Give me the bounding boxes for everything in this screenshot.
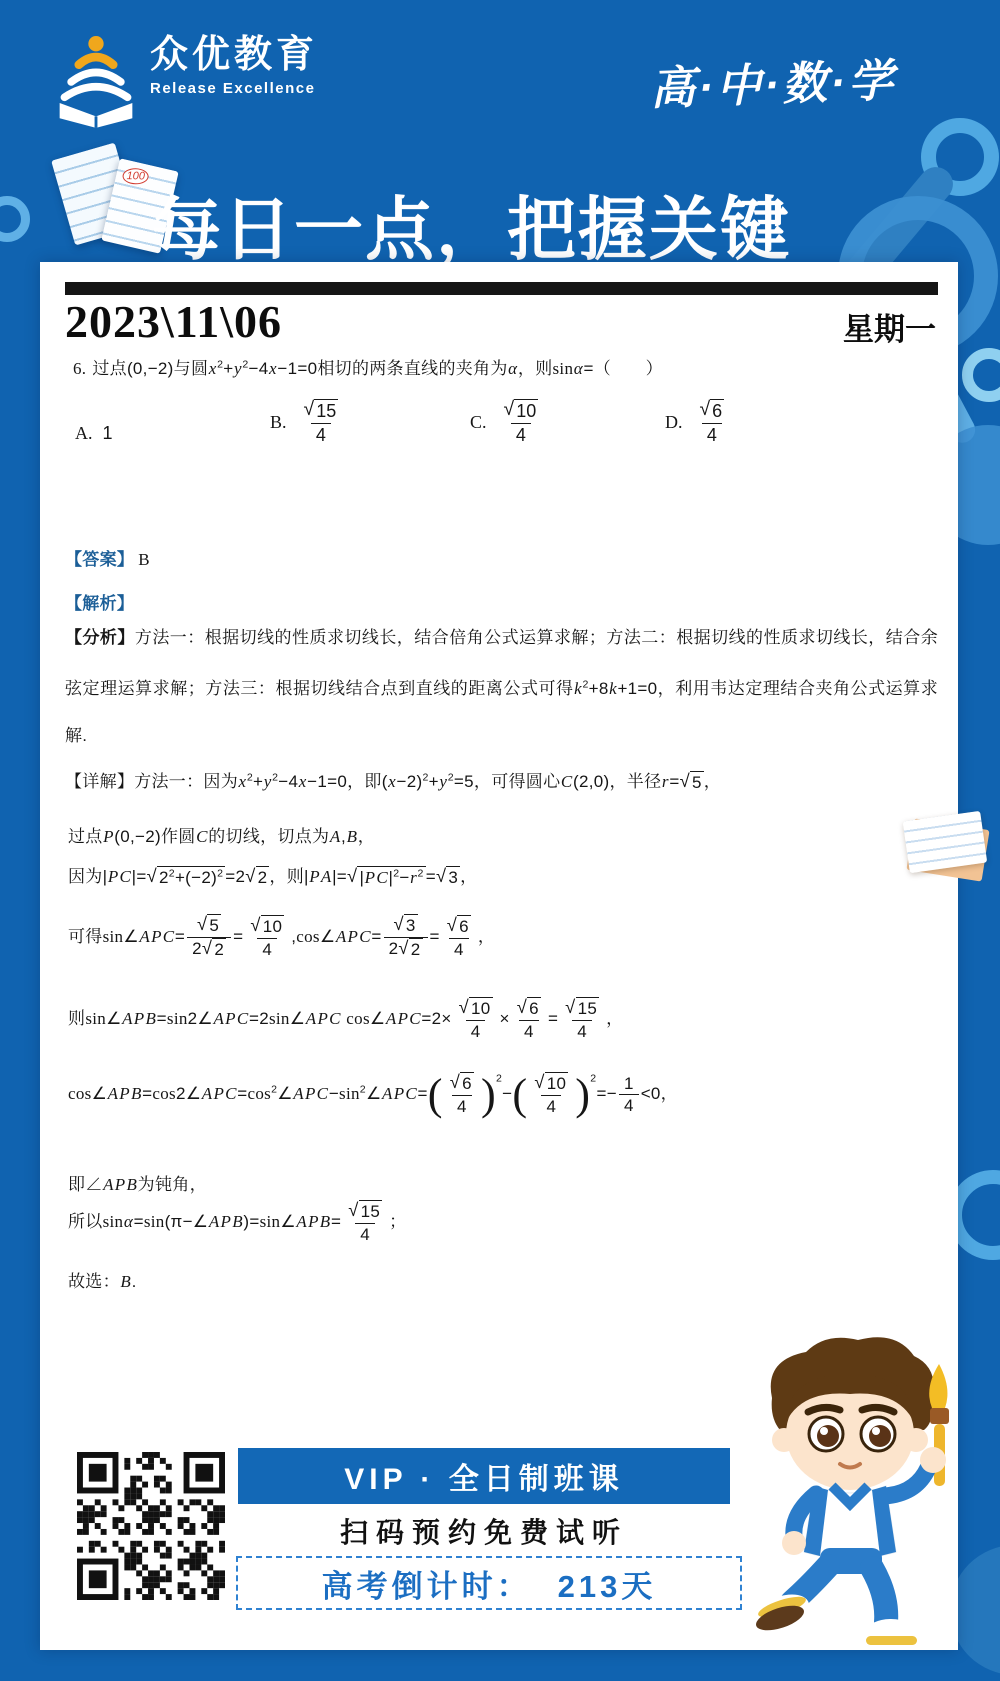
mascot-boy-illustration	[736, 1330, 968, 1655]
mascot	[736, 1330, 968, 1655]
countdown-box: 高考倒计时： 213天	[236, 1556, 742, 1610]
countdown-label: 高考倒计时：	[322, 1561, 532, 1606]
score-mark: 100	[122, 168, 149, 184]
brand-tagline: Release Excellence	[150, 80, 318, 97]
solution-line: 因为|PC|=√22+(−2)2=2√2，则|PA|=√|PC|2−r2=√3，	[68, 862, 477, 889]
solution-line: 则sin∠APB=sin2∠APC=2sin∠APC cos∠APC=2×√10…	[68, 997, 623, 1042]
circle-decoration	[0, 196, 30, 242]
brand-logo: 众优教育 Release Excellence	[52, 34, 318, 133]
option-a: A.1	[75, 402, 113, 464]
solution-line: cos∠APB=cos2∠APC=cos2∠APC−sin2∠APC=(√64)…	[68, 1072, 678, 1117]
paper-sheet-icon	[903, 811, 987, 873]
slogan: 每日一点，把握关键	[152, 174, 791, 273]
option-c: C.√104	[470, 386, 545, 458]
answer-label: 【答案】	[65, 550, 134, 569]
answer-line: 【答案】B	[65, 545, 150, 570]
problem-number: 6.	[73, 359, 86, 378]
qr-code	[77, 1452, 225, 1600]
option-b: B.√154	[270, 386, 345, 458]
solution-line: 可得sin∠APC=√52√2=√104,cos∠APC=√32√2=√64，	[68, 914, 495, 961]
date: 2023\11\06	[65, 295, 282, 348]
divider-bar	[65, 282, 938, 295]
vip-banner: VIP · 全日制班课	[238, 1448, 730, 1504]
solution-line: 过点P(0,−2)作圆C的切线，切点为A,B，	[68, 822, 375, 847]
vip-banner-title: VIP · 全日制班课	[344, 1454, 623, 1498]
brand-name: 众优教育	[150, 34, 318, 78]
solution-line: 所以sinα=sin(π−∠APB)=sin∠APB=√154；	[68, 1200, 406, 1245]
analysis-paragraph: 【分析】方法一：根据切线的性质求切线长，结合倍角公式运算求解；方法二：根据切线的…	[65, 614, 938, 759]
solution-line: 故选：B.	[68, 1267, 137, 1292]
countdown-value: 213天	[558, 1561, 657, 1606]
analysis-header: 【解析】	[65, 589, 134, 614]
cta-text: 扫码预约免费试听	[238, 1511, 730, 1551]
analysis-label: 【分析】	[65, 628, 135, 647]
gear-ring-decoration	[962, 348, 1000, 402]
book-logo-icon	[52, 34, 140, 133]
option-d: D.√64	[665, 386, 731, 458]
solution-line: 【详解】方法一：因为x2+y2−4x−1=0，即(x−2)2+y2=5，可得圆心…	[65, 767, 721, 794]
subject-badge: 高·中·数·学	[649, 44, 897, 118]
answer-value: B	[138, 550, 150, 569]
notes-icon	[898, 810, 1000, 888]
weekday: 星期一	[843, 304, 936, 349]
solution-line: 即∠APB为钝角，	[68, 1170, 207, 1195]
problem-statement: 6.过点(0,−2)与圆x2+y2−4x−1=0相切的两条直线的夹角为α，则si…	[73, 354, 663, 379]
